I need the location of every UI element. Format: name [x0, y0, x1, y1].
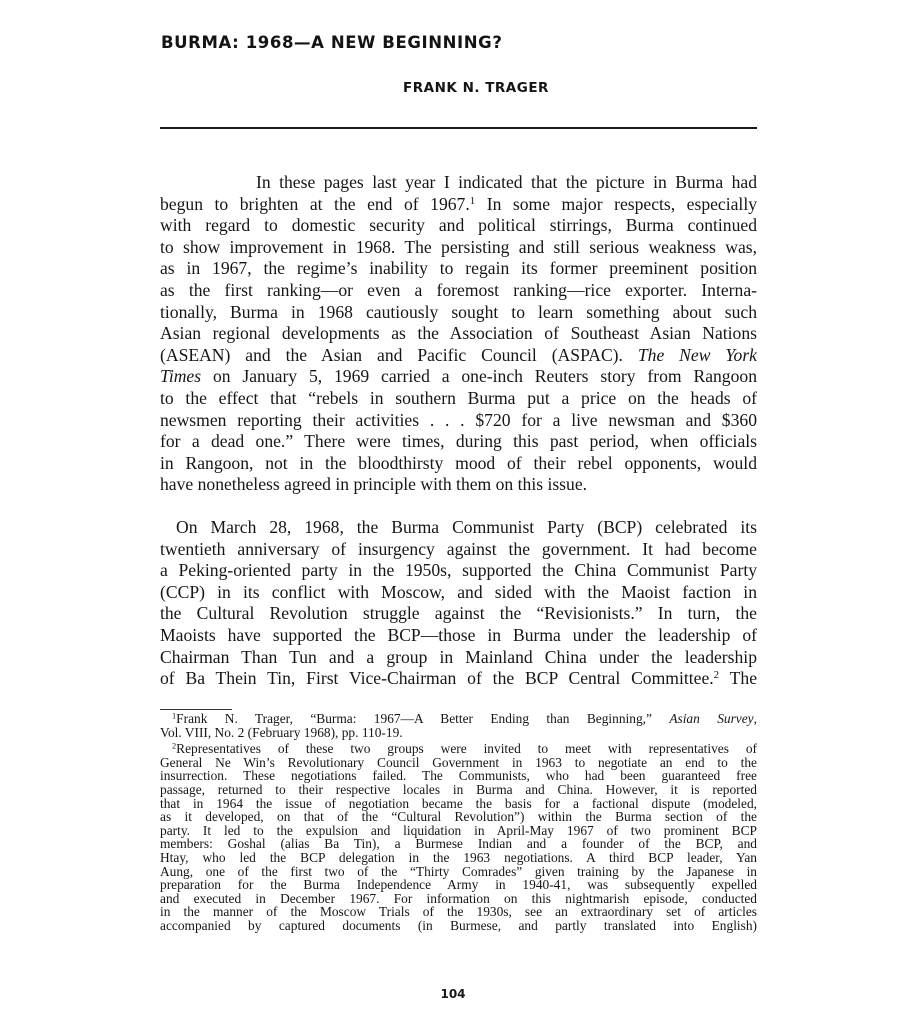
footnote-1: 1Frank N. Trager, “Burma: 1967—A Better … — [160, 712, 757, 739]
page-number: 104 — [0, 987, 906, 1001]
paragraph-line: tionally, Burma in 1968 cautiously sough… — [160, 302, 757, 324]
footnote-line: General Ne Win’s Revolutionary Council G… — [160, 756, 757, 770]
footnote-line: preparation for the Burma Independence A… — [160, 878, 757, 892]
footnote-line: Aung, one of the first two of the “Thirt… — [160, 865, 757, 879]
paragraph-line: newsmen reporting their activities . . .… — [160, 410, 757, 432]
paragraph-line: of Ba Thein Tin, First Vice-Chairman of … — [160, 668, 757, 690]
paragraph-line: to show improvement in 1968. The persist… — [160, 237, 757, 259]
paragraph-line: a Peking-oriented party in the 1950s, su… — [160, 560, 757, 582]
paragraph-line: In these pages last year I indicated tha… — [160, 172, 757, 194]
footnote-line: 1Frank N. Trager, “Burma: 1967—A Better … — [160, 712, 757, 726]
paragraph-line: (CCP) in its conflict with Moscow, and s… — [160, 582, 757, 604]
journal-page: BURMA: 1968—A NEW BEGINNING? FRANK N. TR… — [0, 0, 906, 1024]
footnote-line: as it developed, on that of the “Cultura… — [160, 810, 757, 824]
footnote-line: 2Representatives of these two groups wer… — [160, 742, 757, 756]
paragraph-line: Asian regional developments as the Assoc… — [160, 323, 757, 345]
paragraph-line: to the effect that “rebels in southern B… — [160, 388, 757, 410]
paragraph-line: with regard to domestic security and pol… — [160, 215, 757, 237]
footnote-line: Htay, who led the BCP delegation in the … — [160, 851, 757, 865]
paragraph-2: On March 28, 1968, the Burma Communist P… — [160, 517, 757, 690]
footnote-line: Vol. VIII, No. 2 (February 1968), pp. 11… — [160, 726, 757, 740]
paragraph-line: have nonetheless agreed in principle wit… — [160, 474, 757, 496]
paragraph-line: (ASEAN) and the Asian and Pacific Counci… — [160, 345, 757, 367]
title-rule-divider — [160, 127, 757, 129]
footnote-line: accompanied by captured documents (in Bu… — [160, 919, 757, 933]
paragraph-line: twentieth anniversary of insurgency agai… — [160, 539, 757, 561]
paragraph-1: In these pages last year I indicated tha… — [160, 172, 757, 496]
article-title: BURMA: 1968—A NEW BEGINNING? — [161, 33, 503, 52]
paragraph-line: in Rangoon, not in the bloodthirsty mood… — [160, 453, 757, 475]
article-author: FRANK N. TRAGER — [0, 80, 906, 96]
journal-name-italic: Asian Survey — [669, 711, 753, 726]
publication-name-italic: The New York — [638, 345, 757, 365]
footnote-line: insurrection. These negotiations failed.… — [160, 769, 757, 783]
footnote-line: members: Goshal (alias Ba Tin), a Burmes… — [160, 837, 757, 851]
paragraph-line: as in 1967, the regime’s inability to re… — [160, 258, 757, 280]
publication-name-italic: Times — [160, 366, 201, 386]
paragraph-line: Maoists have supported the BCP—those in … — [160, 625, 757, 647]
footnote-line: and executed in December 1967. For infor… — [160, 892, 757, 906]
paragraph-line: Times on January 5, 1969 carried a one-i… — [160, 366, 757, 388]
footnote-line: in the manner of the Moscow Trials of th… — [160, 905, 757, 919]
paragraph-line: begun to brighten at the end of 1967.1 I… — [160, 194, 757, 216]
footnote-2: 2Representatives of these two groups wer… — [160, 742, 757, 932]
footnote-line: that in 1964 the issue of negotiation be… — [160, 797, 757, 811]
footnote-line: party. It led to the expulsion and liqui… — [160, 824, 757, 838]
footnote-line: passage, returned to their respective lo… — [160, 783, 757, 797]
footnote-separator — [160, 709, 232, 710]
paragraph-line: On March 28, 1968, the Burma Communist P… — [160, 517, 757, 539]
paragraph-line: as the first ranking—or even a foremost … — [160, 280, 757, 302]
paragraph-line: the Cultural Revolution struggle against… — [160, 603, 757, 625]
paragraph-line: Chairman Than Tun and a group in Mainlan… — [160, 647, 757, 669]
paragraph-line: for a dead one.” There were times, durin… — [160, 431, 757, 453]
footnotes-section: 1Frank N. Trager, “Burma: 1967—A Better … — [160, 712, 757, 933]
